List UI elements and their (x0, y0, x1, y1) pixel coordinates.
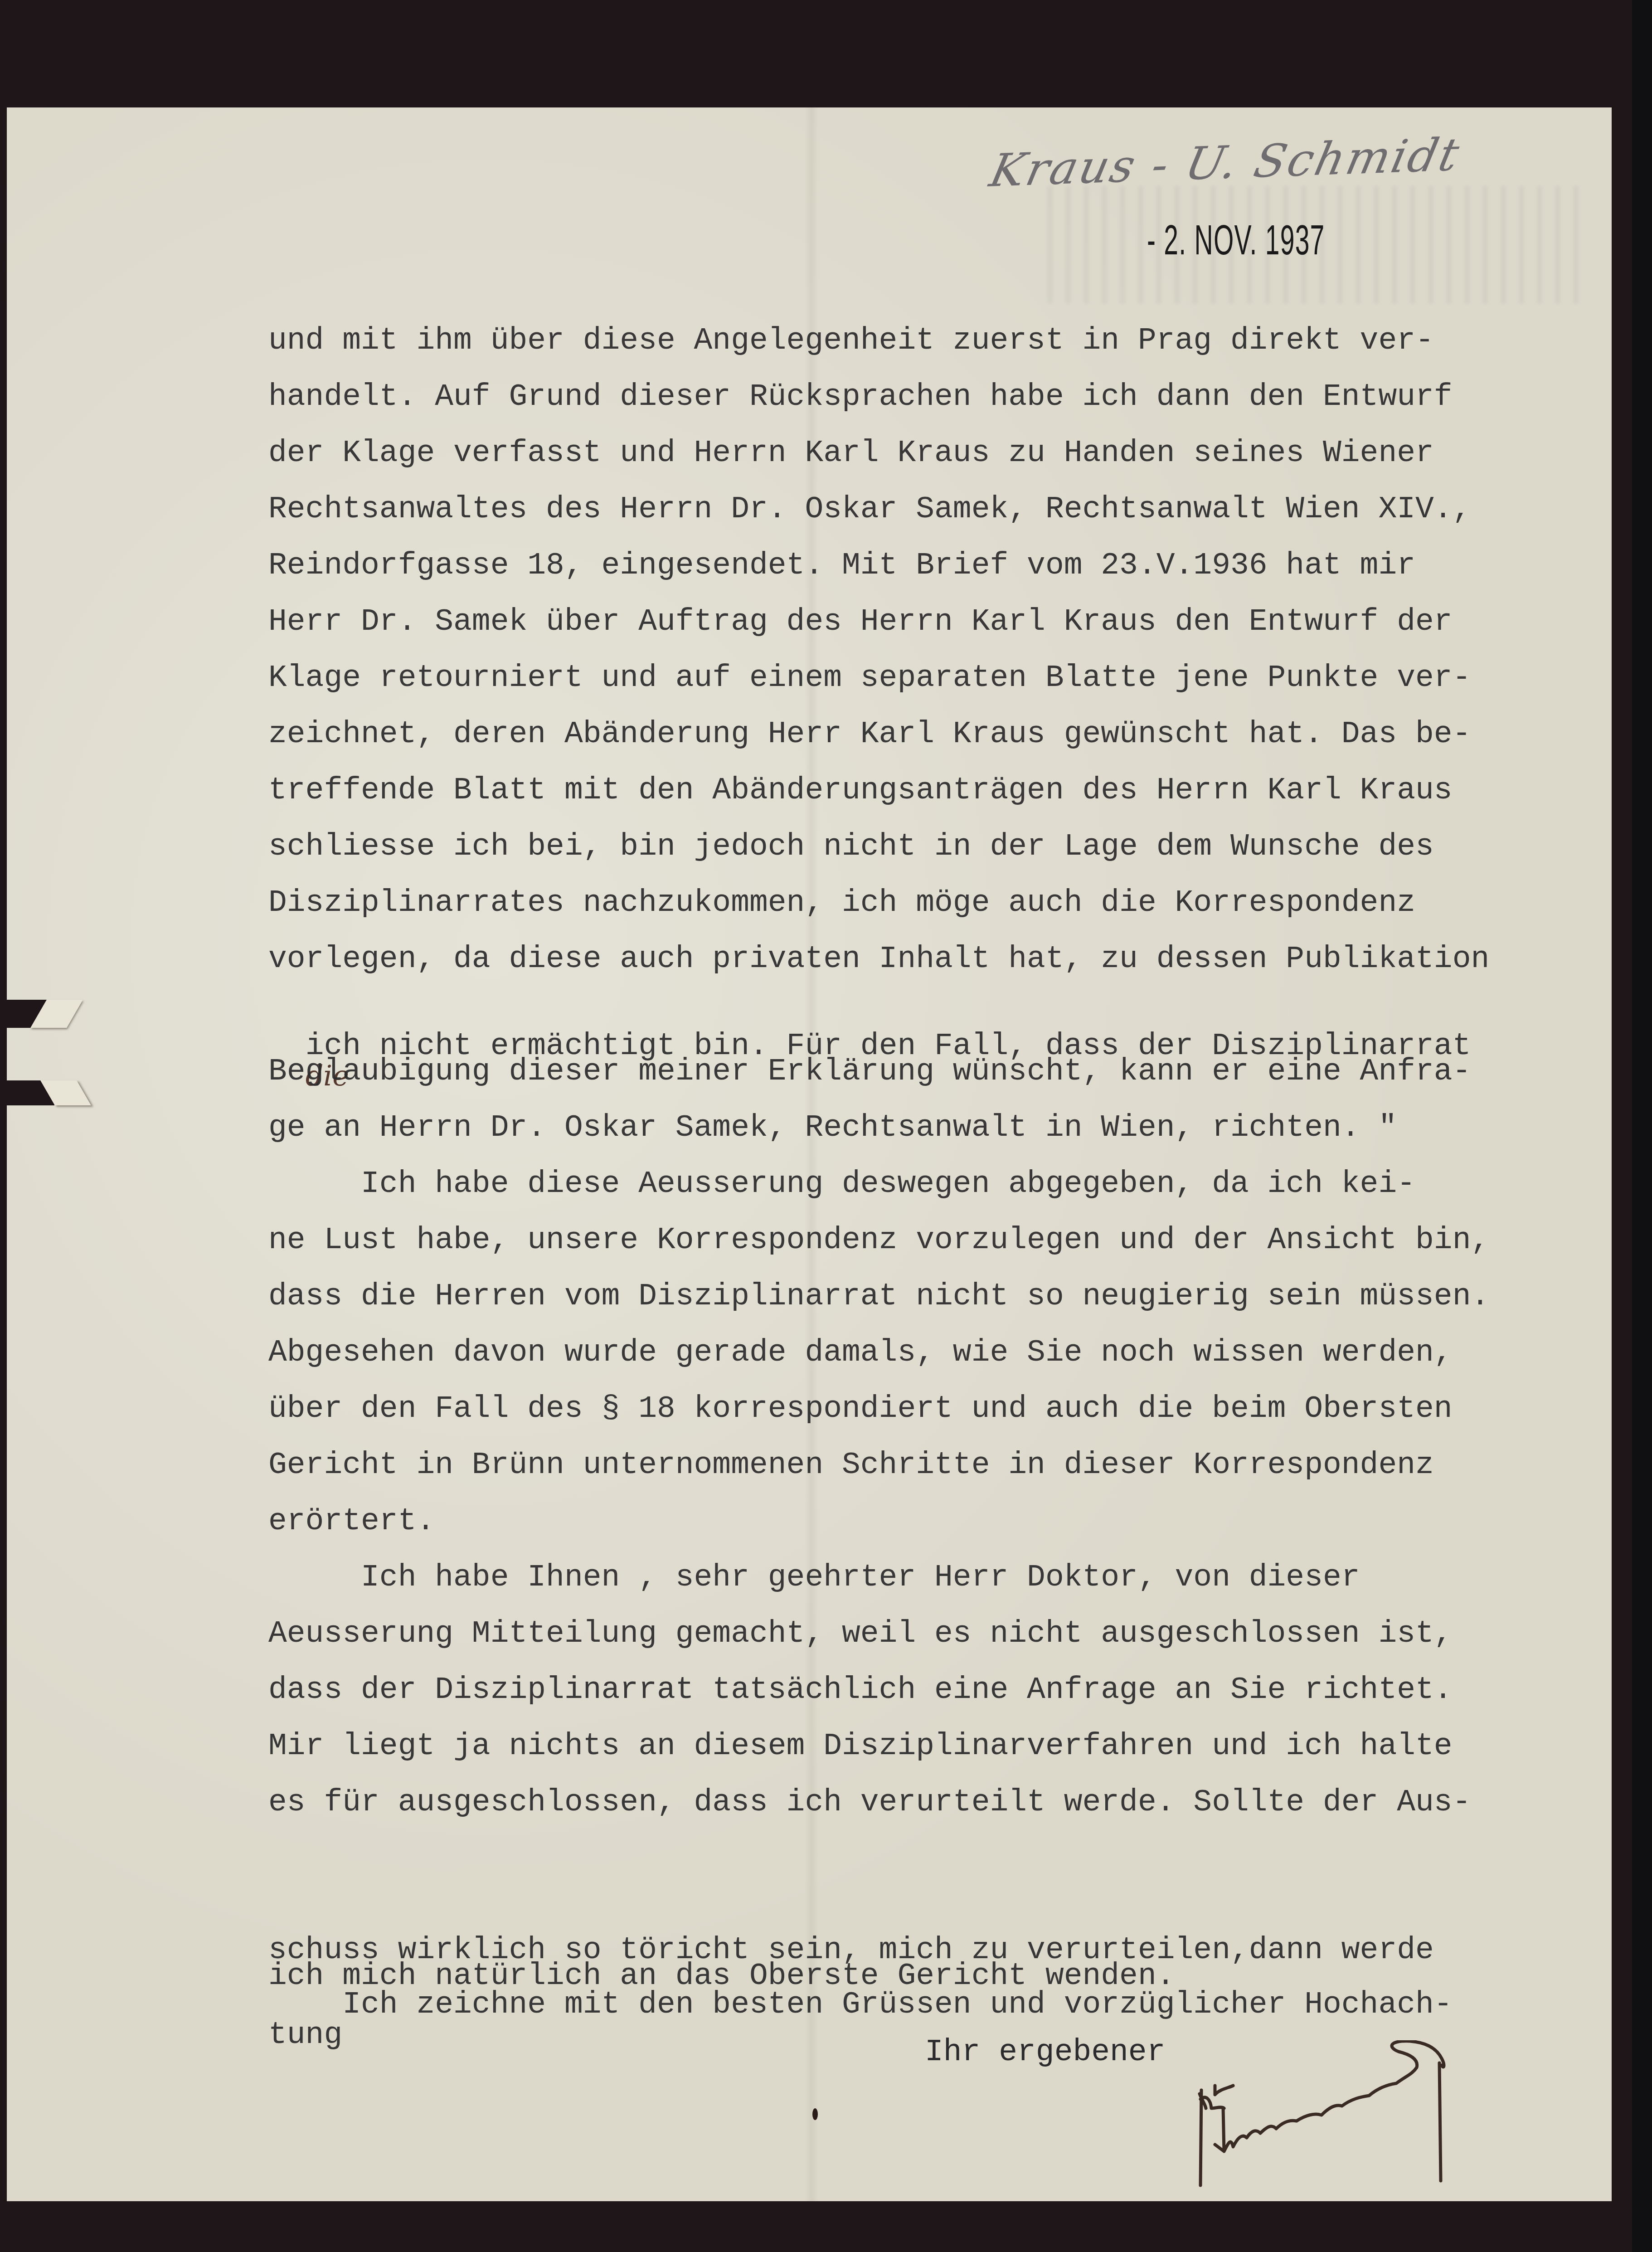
body-line: Rechtsanwaltes des Herrn Dr. Oskar Samek… (268, 494, 1471, 525)
date-stamp: - 2. NOV. 1937 (1147, 217, 1325, 264)
body-line: treffende Blatt mit den Abänderungsanträ… (268, 775, 1453, 806)
closing-salutation: Ihr ergebener (925, 2035, 1166, 2070)
body-line: ne Lust habe, unsere Korrespondenz vorzu… (268, 1225, 1489, 1256)
body-line: Abgesehen davon wurde gerade damals, wie… (268, 1338, 1453, 1368)
body-line: der Klage verfasst und Herrn Karl Kraus … (268, 438, 1434, 469)
letter-page (7, 107, 1612, 2201)
body-line: es für ausgeschlossen, dass ich verurtei… (268, 1787, 1471, 1818)
body-line: Disziplinarrates nachzukommen, ich möge … (268, 888, 1415, 919)
body-line: Beglaubigung dieser meiner Erklärung wün… (268, 1056, 1471, 1087)
body-line: Herr Dr. Samek über Auftrag des Herrn Ka… (268, 607, 1453, 637)
body-line: Reindorfgasse 18, eingesendet. Mit Brief… (268, 550, 1415, 581)
body-line: Aeusserung Mitteilung gemacht, weil es n… (268, 1619, 1453, 1649)
body-line: und mit ihm über diese Angelegenheit zue… (268, 326, 1434, 356)
body-line: dass der Disziplinarrat tatsächlich eine… (268, 1675, 1453, 1706)
body-line: Klage retourniert und auf einem separate… (268, 663, 1471, 694)
body-line: Ich habe Ihnen , sehr geehrter Herr Dokt… (268, 1562, 1360, 1593)
handwritten-signature-icon (1170, 2040, 1532, 2203)
body-line: zeichnet, deren Abänderung Herr Karl Kra… (268, 719, 1471, 750)
body-line: Ich zeichne mit den besten Grüssen und v… (268, 1989, 1453, 2020)
ink-blot (812, 2108, 818, 2120)
body-line: Mir liegt ja nichts an diesem Disziplina… (268, 1731, 1453, 1762)
scan-edge-strip (1632, 0, 1652, 2252)
body-line: schliesse ich bei, bin jedoch nicht in d… (268, 832, 1434, 862)
body-line: Gericht in Brünn unternommenen Schritte … (268, 1450, 1434, 1481)
body-line: vorlegen, da diese auch privaten Inhalt … (268, 944, 1489, 975)
body-line: erörtert. (268, 1506, 435, 1537)
body-line: tung (268, 2020, 342, 2051)
body-line: über den Fall des § 18 korrespondiert un… (268, 1394, 1453, 1425)
body-line: ge an Herrn Dr. Oskar Samek, Rechtsanwal… (268, 1113, 1397, 1143)
body-line: Ich habe diese Aeusserung deswegen abgeg… (268, 1169, 1415, 1200)
body-line: handelt. Auf Grund dieser Rücksprachen h… (268, 382, 1453, 413)
body-line: dass die Herren vom Disziplinarrat nicht… (268, 1281, 1489, 1312)
